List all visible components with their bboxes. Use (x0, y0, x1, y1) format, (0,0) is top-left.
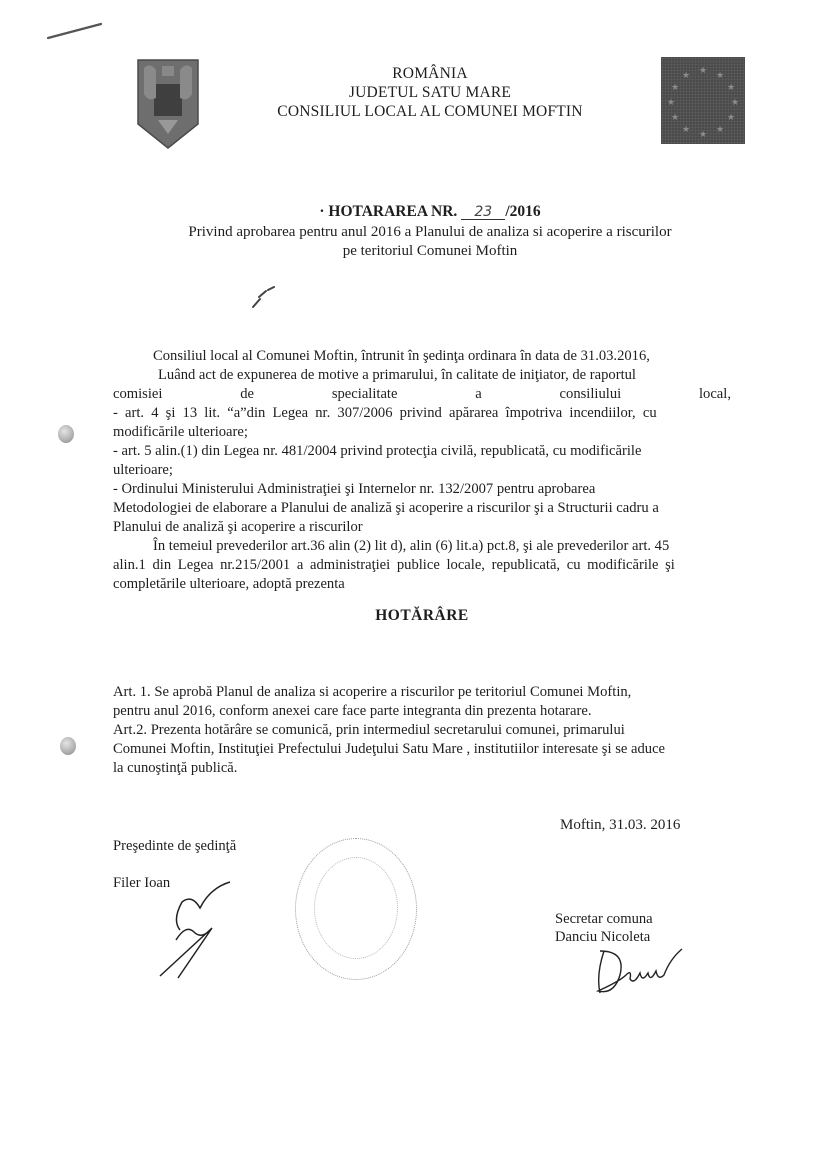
eu-flag-icon: ★★★ ★★★ ★★★ ★★★ (661, 57, 745, 144)
coat-of-arms-icon (136, 58, 200, 150)
article-1-line1: Art. 1. Se aprobă Planul de analiza si a… (113, 683, 731, 701)
svg-text:★: ★ (727, 113, 735, 123)
svg-text:★: ★ (682, 125, 690, 135)
preamble-order-132-cont2: Planului de analiză şi acoperire a riscu… (113, 518, 731, 536)
title-subtitle-line1: Privind aprobarea pentru anul 2016 a Pla… (150, 223, 710, 242)
svg-text:★: ★ (731, 98, 739, 108)
svg-text:★: ★ (699, 66, 707, 76)
preamble-legal-basis-line1: În temeiul prevederilor art.36 alin (2) … (113, 537, 771, 555)
secretary-role: Secretar comuna (555, 911, 653, 928)
title-prefix: HOTARAREA NR. (328, 203, 457, 220)
svg-text:★: ★ (727, 83, 735, 93)
svg-text:★: ★ (671, 113, 679, 123)
article-2-line3: la cunoştinţă publică. (113, 759, 731, 777)
secretary-name: Danciu Nicoleta (555, 929, 650, 946)
word: a (475, 385, 481, 403)
pen-mark (45, 20, 105, 42)
preamble-order-132: - Ordinului Ministerului Administraţiei … (113, 480, 731, 498)
preamble-order-132-cont1: Metodologiei de elaborare a Planului de … (113, 499, 731, 517)
word: de (240, 385, 254, 403)
place-and-date: Moftin, 31.03. 2016 (560, 817, 680, 834)
svg-text:★: ★ (699, 130, 707, 140)
preamble-legal-basis-line2: alin.1 din Legea nr.215/2001 a administr… (113, 556, 731, 574)
punch-hole (60, 737, 76, 755)
decision-heading: HOTĂRÂRE (113, 607, 731, 625)
preamble-law-481-cont: ulterioare; (113, 461, 731, 479)
header-county: JUDETUL SATU MARE (240, 83, 620, 102)
svg-text:★: ★ (716, 71, 724, 81)
article-1-line2: pentru anul 2016, conform anexei care fa… (113, 702, 731, 720)
word: local, (699, 385, 731, 403)
handwritten-mark (250, 285, 280, 311)
title-subtitle-line2: pe teritoriul Comunei Moftin (150, 242, 710, 261)
svg-text:★: ★ (667, 98, 675, 108)
president-signature (140, 880, 240, 980)
preamble-paragraph-2-line1: Luând act de expunerea de motive a prima… (113, 366, 776, 384)
punch-hole (58, 425, 74, 443)
preamble-law-307-cont: modificările ulterioare; (113, 423, 731, 441)
article-2-line2: Comunei Moftin, Instituţiei Prefectului … (113, 740, 731, 758)
secretary-signature (590, 945, 690, 1005)
svg-text:★: ★ (716, 125, 724, 135)
handwritten-decision-number: 23 (461, 205, 505, 220)
svg-text:★: ★ (671, 83, 679, 93)
preamble-legal-basis-line3: completările ulterioare, adoptă prezenta (113, 575, 731, 593)
preamble-law-307: - art. 4 şi 13 lit. “a”din Legea nr. 307… (113, 404, 731, 422)
word: specialitate (332, 385, 398, 403)
svg-text:★: ★ (682, 71, 690, 81)
preamble-paragraph-1: Consiliul local al Comunei Moftin, întru… (113, 347, 771, 365)
article-2-line1: Art.2. Prezenta hotărâre se comunică, pr… (113, 721, 731, 739)
header-council: CONSILIUL LOCAL AL COMUNEI MOFTIN (240, 102, 620, 121)
word: consiliului (560, 385, 622, 403)
preamble-law-481: - art. 5 alin.(1) din Legea nr. 481/2004… (113, 442, 731, 460)
president-role: Preşedinte de şedinţă (113, 838, 236, 855)
title-suffix: /2016 (505, 203, 540, 220)
official-stamp (295, 838, 417, 980)
decision-title: · HOTARAREA NR. 23/2016 (150, 202, 710, 222)
preamble-paragraph-2-line2: comisiei de specialitate a consiliului l… (113, 385, 731, 403)
word: comisiei (113, 385, 162, 403)
header-country: ROMÂNIA (240, 64, 620, 83)
stamp-inner-ring (314, 857, 398, 959)
